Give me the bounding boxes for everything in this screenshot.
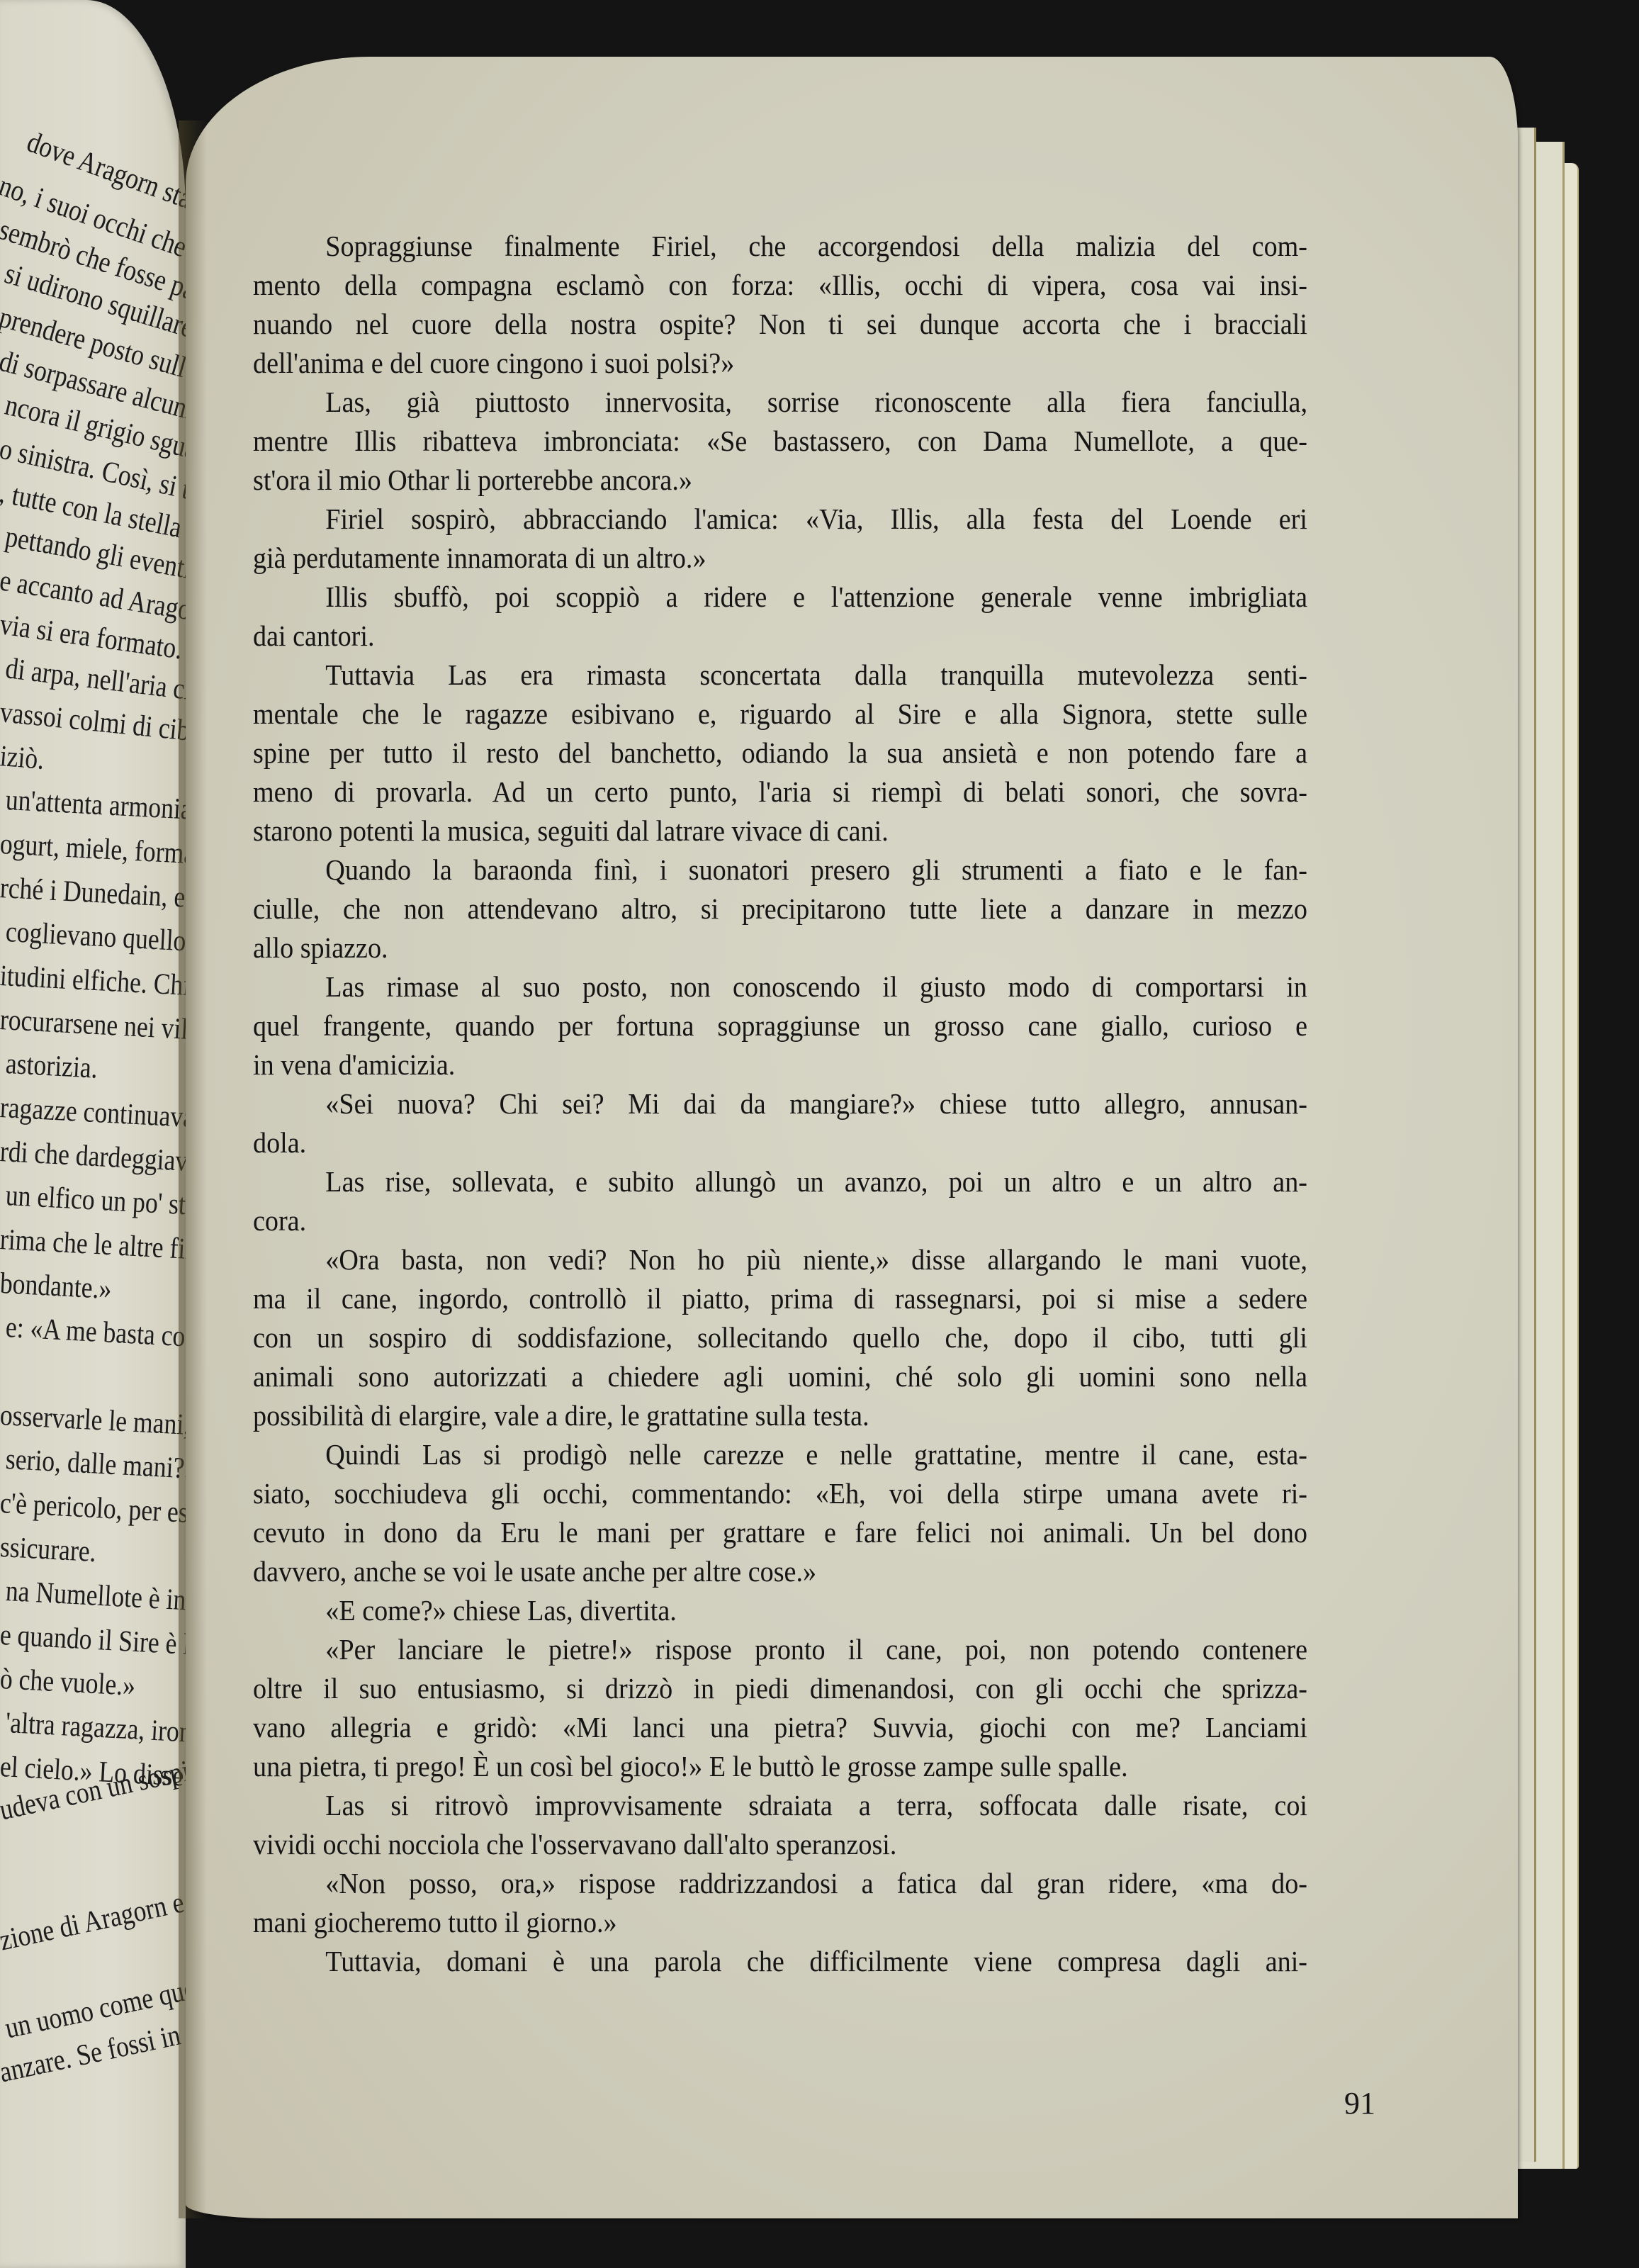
text-line: ciulle, che non attendevano altro, si pr… bbox=[253, 889, 1307, 928]
text-line: possibilità di elargire, vale a dire, le… bbox=[253, 1396, 1307, 1435]
text-line: nuando nel cuore della nostra ospite? No… bbox=[253, 305, 1307, 344]
text-line: «Non posso, ora,» rispose raddrizzandosi… bbox=[253, 1864, 1307, 1903]
text-line: Las rise, sollevata, e subito allungò un… bbox=[253, 1162, 1307, 1201]
text-line: in vena d'amicizia. bbox=[253, 1045, 1307, 1084]
text-line: mani giocheremo tutto il giorno.» bbox=[253, 1903, 1307, 1942]
text-line: «E come?» chiese Las, divertita. bbox=[253, 1591, 1307, 1630]
right-page: Sopraggiunse finalmente Firiel, che acco… bbox=[186, 57, 1518, 2218]
text-line: Quando la baraonda finì, i suonatori pre… bbox=[253, 850, 1307, 889]
left-page-line: rdi che dardeggiavano d bbox=[0, 1135, 186, 1181]
text-line: cora. bbox=[253, 1201, 1307, 1240]
left-page-line: bondante.» bbox=[0, 1267, 113, 1306]
text-line: Tuttavia Las era rimasta sconcertata dal… bbox=[253, 656, 1307, 695]
text-line: Sopraggiunse finalmente Firiel, che acco… bbox=[253, 227, 1307, 266]
text-line: mento della compagna esclamò con forza: … bbox=[253, 266, 1307, 305]
text-line: vividi occhi nocciola che l'osservavano … bbox=[253, 1825, 1307, 1864]
text-line: starono potenti la musica, seguiti dal l… bbox=[253, 812, 1307, 850]
text-line: Quindi Las si prodigò nelle carezze e ne… bbox=[253, 1435, 1307, 1474]
left-page-line: ogurt, miele, formaggi, m bbox=[0, 827, 186, 875]
left-page-line: astorizia. bbox=[5, 1047, 98, 1086]
text-line: mentre Illis ribatteva imbronciata: «Se … bbox=[253, 422, 1307, 461]
left-page-line: coglievano quello che le bbox=[5, 915, 186, 962]
text-line: Las si ritrovò improvvisamente sdraiata … bbox=[253, 1786, 1307, 1825]
text-line: «Ora basta, non vedi? Non ho più niente,… bbox=[253, 1240, 1307, 1279]
left-page-line: ragazze continuavano a bbox=[0, 1091, 186, 1137]
text-line: già perdutamente innamorata di un altro.… bbox=[253, 539, 1307, 578]
text-line: con un sospiro di soddisfazione, solleci… bbox=[253, 1318, 1307, 1357]
left-page-line: serio, dalle mani?» Las bbox=[5, 1442, 186, 1488]
left-page-line: rché i Dunedain, essendo bbox=[0, 871, 186, 919]
text-line: dola. bbox=[253, 1123, 1307, 1162]
text-line: «Sei nuova? Chi sei? Mi dai da mangiare?… bbox=[253, 1084, 1307, 1123]
text-line: dai cantori. bbox=[253, 617, 1307, 656]
text-line: una pietra, ti prego! È un così bel gioc… bbox=[253, 1747, 1307, 1786]
text-line: Tuttavia, domani è una parola che diffic… bbox=[253, 1942, 1307, 1981]
left-page-fragment: dove Aragorn stava assno, i suoi occhi c… bbox=[0, 0, 186, 2268]
left-page-line: un elfico un po' stentato bbox=[5, 1179, 186, 1225]
left-page-line: e quando il Sire è lonta bbox=[0, 1618, 186, 1664]
left-page-line: osservarle le mani, fino bbox=[0, 1398, 186, 1444]
left-page-line: zione di Aragorn e del bbox=[0, 1878, 186, 1958]
text-line: dell'anima e del cuore cingono i suoi po… bbox=[253, 344, 1307, 383]
text-line: animali sono autorizzati a chiedere agli… bbox=[253, 1357, 1307, 1396]
left-page-line: iziò. bbox=[0, 739, 45, 777]
left-page-line: rocurarsene nei villaggi bbox=[0, 1003, 186, 1050]
text-line: meno di provarla. Ad un certo punto, l'a… bbox=[253, 773, 1307, 812]
text-line: Firiel sospirò, abbracciando l'amica: «V… bbox=[253, 500, 1307, 539]
text-line: davvero, anche se voi le usate anche per… bbox=[253, 1552, 1307, 1591]
text-line: Las rimase al suo posto, non conoscendo … bbox=[253, 967, 1307, 1006]
text-line: spine per tutto il resto del banchetto, … bbox=[253, 734, 1307, 773]
text-line: Illis sbuffò, poi scoppiò a ridere e l'a… bbox=[253, 578, 1307, 617]
text-line: mentale che le ragazze esibivano e, rigu… bbox=[253, 695, 1307, 734]
left-page-line: itudini elfiche. Chi lo desi bbox=[0, 959, 186, 1006]
text-line: allo spiazzo. bbox=[253, 928, 1307, 967]
left-page-line: rima che le altre finisser bbox=[0, 1223, 186, 1269]
text-line: ma il cane, ingordo, controllò il piatto… bbox=[253, 1279, 1307, 1318]
text-line: quel frangente, quando per fortuna sopra… bbox=[253, 1006, 1307, 1045]
left-page-line: ò che vuole.» bbox=[0, 1662, 136, 1703]
left-page-line: un'attenta armonia di sap bbox=[5, 783, 186, 831]
page-number: 91 bbox=[1344, 2085, 1375, 2121]
body-text: Sopraggiunse finalmente Firiel, che acco… bbox=[253, 227, 1268, 1981]
text-line: oltre il suo entusiasmo, si drizzò in pi… bbox=[253, 1669, 1307, 1708]
left-page-line: na Numellote è in colle bbox=[5, 1574, 186, 1620]
text-line: vano allegria e gridò: «Mi lanci una pie… bbox=[253, 1708, 1307, 1747]
book-gutter-shadow bbox=[179, 120, 207, 2218]
text-line: st'ora il mio Othar li porterebbe ancora… bbox=[253, 461, 1307, 500]
left-page-line: c'è pericolo, per esemp bbox=[0, 1486, 186, 1532]
text-line: «Per lanciare le pietre!» rispose pronto… bbox=[253, 1630, 1307, 1669]
left-page-line: 'altra ragazza, ironica bbox=[5, 1706, 186, 1751]
text-line: cevuto in dono da Eru le mani per gratta… bbox=[253, 1513, 1307, 1552]
left-page-line: e: «A me basta così, ma bbox=[5, 1310, 186, 1357]
text-line: Las, già piuttosto innervosita, sorrise … bbox=[253, 383, 1307, 422]
text-line: siato, socchiudeva gli occhi, commentand… bbox=[253, 1474, 1307, 1513]
left-page-line: ssicurare. bbox=[0, 1530, 97, 1569]
